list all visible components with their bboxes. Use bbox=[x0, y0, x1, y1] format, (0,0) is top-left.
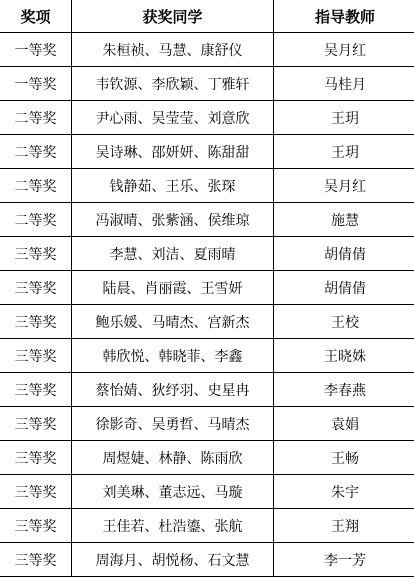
students-cell: 王佳若、杜浩鎏、张航 bbox=[72, 509, 274, 543]
table-row: 一等奖 韦钦源、李欣颖、丁雅轩 马桂月 bbox=[0, 67, 414, 101]
table-row: 三等奖 王佳若、杜浩鎏、张航 王翔 bbox=[0, 509, 414, 543]
table-row: 三等奖 韩欣悦、韩晓菲、李鑫 王晓姝 bbox=[0, 339, 414, 373]
table-row: 三等奖 陆晨、肖丽霞、王雪妍 胡倩倩 bbox=[0, 271, 414, 305]
table-row: 三等奖 周煜婕、林静、陈雨欣 王畅 bbox=[0, 441, 414, 475]
teacher-cell: 李一芳 bbox=[274, 543, 414, 577]
teacher-cell: 王畅 bbox=[274, 441, 414, 475]
award-cell: 三等奖 bbox=[0, 373, 72, 407]
students-cell: 周海月、胡悦杨、石文慧 bbox=[72, 543, 274, 577]
teacher-cell: 王玥 bbox=[274, 101, 414, 135]
teacher-cell: 袁娟 bbox=[274, 407, 414, 441]
award-cell: 二等奖 bbox=[0, 169, 72, 203]
teacher-cell: 马桂月 bbox=[274, 67, 414, 101]
students-cell: 周煜婕、林静、陈雨欣 bbox=[72, 441, 274, 475]
table-row: 三等奖 鲍乐媛、马晴杰、宫新杰 王校 bbox=[0, 305, 414, 339]
students-cell: 韩欣悦、韩晓菲、李鑫 bbox=[72, 339, 274, 373]
table-row: 一等奖 朱桓祯、马慧、康舒仪 吴月红 bbox=[0, 33, 414, 67]
award-cell: 二等奖 bbox=[0, 101, 72, 135]
awards-table: 奖项 获奖同学 指导教师 一等奖 朱桓祯、马慧、康舒仪 吴月红 一等奖 韦钦源、… bbox=[0, 0, 414, 577]
header-students: 获奖同学 bbox=[72, 0, 274, 33]
table-row: 三等奖 周海月、胡悦杨、石文慧 李一芳 bbox=[0, 543, 414, 577]
table-row: 二等奖 尹心雨、吴莹莹、刘意欣 王玥 bbox=[0, 101, 414, 135]
students-cell: 吴诗琳、邵妍妍、陈甜甜 bbox=[72, 135, 274, 169]
students-cell: 尹心雨、吴莹莹、刘意欣 bbox=[72, 101, 274, 135]
table-row: 三等奖 李慧、刘洁、夏雨晴 胡倩倩 bbox=[0, 237, 414, 271]
table-row: 三等奖 蔡怡婧、狄纾羽、史星冉 李春燕 bbox=[0, 373, 414, 407]
students-cell: 李慧、刘洁、夏雨晴 bbox=[72, 237, 274, 271]
students-cell: 冯淑晴、张紫涵、侯维琼 bbox=[72, 203, 274, 237]
award-cell: 三等奖 bbox=[0, 271, 72, 305]
students-cell: 陆晨、肖丽霞、王雪妍 bbox=[72, 271, 274, 305]
table-row: 三等奖 刘美琳、董志远、马璇 朱宇 bbox=[0, 475, 414, 509]
table-row: 二等奖 冯淑晴、张紫涵、侯维琼 施慧 bbox=[0, 203, 414, 237]
teacher-cell: 王校 bbox=[274, 305, 414, 339]
teacher-cell: 朱宇 bbox=[274, 475, 414, 509]
table-row: 三等奖 徐影奇、吴勇哲、马晴杰 袁娟 bbox=[0, 407, 414, 441]
teacher-cell: 王翔 bbox=[274, 509, 414, 543]
teacher-cell: 施慧 bbox=[274, 203, 414, 237]
students-cell: 鲍乐媛、马晴杰、宫新杰 bbox=[72, 305, 274, 339]
award-cell: 三等奖 bbox=[0, 543, 72, 577]
teacher-cell: 胡倩倩 bbox=[274, 271, 414, 305]
teacher-cell: 吴月红 bbox=[274, 169, 414, 203]
teacher-cell: 王晓姝 bbox=[274, 339, 414, 373]
students-cell: 蔡怡婧、狄纾羽、史星冉 bbox=[72, 373, 274, 407]
students-cell: 钱静茹、王乐、张琛 bbox=[72, 169, 274, 203]
table-row: 二等奖 钱静茹、王乐、张琛 吴月红 bbox=[0, 169, 414, 203]
award-cell: 一等奖 bbox=[0, 67, 72, 101]
table-row: 二等奖 吴诗琳、邵妍妍、陈甜甜 王玥 bbox=[0, 135, 414, 169]
teacher-cell: 胡倩倩 bbox=[274, 237, 414, 271]
award-cell: 一等奖 bbox=[0, 33, 72, 67]
students-cell: 刘美琳、董志远、马璇 bbox=[72, 475, 274, 509]
students-cell: 朱桓祯、马慧、康舒仪 bbox=[72, 33, 274, 67]
award-cell: 二等奖 bbox=[0, 203, 72, 237]
header-teacher: 指导教师 bbox=[274, 0, 414, 33]
students-cell: 徐影奇、吴勇哲、马晴杰 bbox=[72, 407, 274, 441]
award-cell: 三等奖 bbox=[0, 305, 72, 339]
header-award: 奖项 bbox=[0, 0, 72, 33]
teacher-cell: 王玥 bbox=[274, 135, 414, 169]
students-cell: 韦钦源、李欣颖、丁雅轩 bbox=[72, 67, 274, 101]
teacher-cell: 李春燕 bbox=[274, 373, 414, 407]
award-cell: 三等奖 bbox=[0, 407, 72, 441]
award-cell: 三等奖 bbox=[0, 237, 72, 271]
header-row: 奖项 获奖同学 指导教师 bbox=[0, 0, 414, 33]
award-cell: 三等奖 bbox=[0, 475, 72, 509]
award-cell: 二等奖 bbox=[0, 135, 72, 169]
award-cell: 三等奖 bbox=[0, 509, 72, 543]
teacher-cell: 吴月红 bbox=[274, 33, 414, 67]
award-cell: 三等奖 bbox=[0, 441, 72, 475]
award-cell: 三等奖 bbox=[0, 339, 72, 373]
